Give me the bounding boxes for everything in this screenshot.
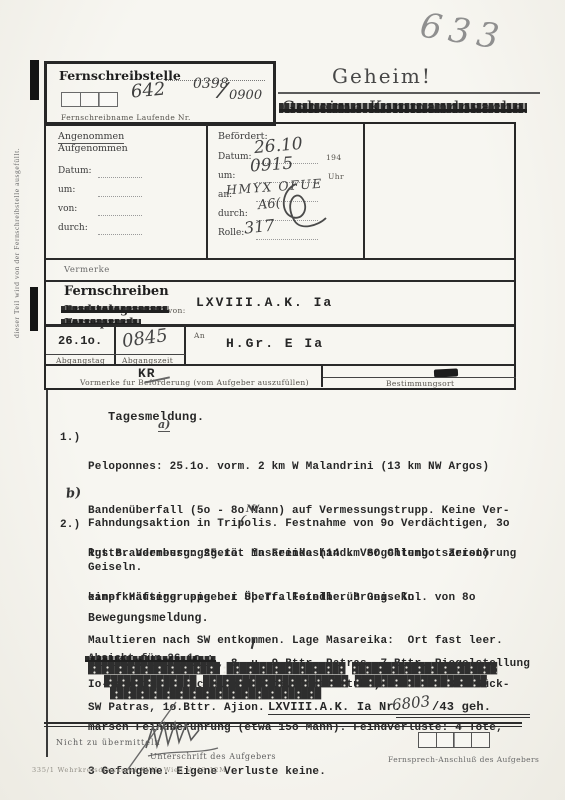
reference-underline-2 xyxy=(396,717,530,718)
checkbox-row xyxy=(61,92,117,112)
befoerdert-durch-label: durch: xyxy=(218,209,248,219)
divider-day-time xyxy=(114,327,116,364)
an-label: An xyxy=(194,331,205,340)
checkbox-2 xyxy=(80,92,100,107)
print-imprint: 335/1 Wehrkreisdruckerei XVII, Wien V. 4… xyxy=(32,766,227,774)
dispatch-recipient: H.Gr. E Ia xyxy=(226,337,324,352)
befoerdert-rolle-label: Rolle: xyxy=(218,228,244,238)
caption-rule xyxy=(46,354,185,355)
checkbox-3 xyxy=(98,92,118,107)
angenommen-von-label: von: xyxy=(58,204,77,214)
von-label: von: xyxy=(168,306,186,315)
dispatch-day: 26.1o. xyxy=(58,334,102,349)
sender-unit: LXVIII.A.K. Ia xyxy=(196,296,333,311)
reference-suffix: /43 geh. xyxy=(432,700,491,715)
year-suffix: 194 xyxy=(326,153,342,162)
hand-dispatch-time: 0845 xyxy=(121,325,169,352)
befoerdert-um-label: um: xyxy=(218,171,235,181)
bestimmungsort-caption: Bestimmungsort xyxy=(386,379,454,388)
hand-n-mark: N/ xyxy=(246,504,259,515)
hand-counter-bottom: 0900 xyxy=(229,88,262,103)
item2-number: 2.) xyxy=(60,518,80,533)
hand-item-a: a) xyxy=(158,418,170,432)
phone-caption: Fernsprech-Anschluß des Aufgebers xyxy=(388,755,539,764)
binding-mark-top xyxy=(30,60,39,100)
vormerk-caption: Vormerke fur Beförderung (vom Aufgeber a… xyxy=(80,378,309,387)
fernschreibstelle-caption: Fernschreibname Laufende Nr. xyxy=(61,113,191,122)
hand-telex-number: 642 xyxy=(130,79,166,103)
document-page: dieser Teil wird von der Fernschreibstel… xyxy=(0,0,565,800)
leader xyxy=(98,168,142,178)
hand-rolle: 317 xyxy=(243,215,275,237)
movement-heading: Bewegungsmeldung. xyxy=(88,612,209,627)
message-type-cell: Fernschreiben Drahtelegramm von: LXVIII.… xyxy=(46,282,514,324)
message-type-kept: Fernschreiben xyxy=(64,284,169,299)
author-signature-icon xyxy=(118,698,248,776)
classification-rule xyxy=(278,92,540,94)
hand-page-number: 633 xyxy=(417,6,508,59)
text-line: Rgt.Brandenburg: 25.1o. Masareika (14 km… xyxy=(88,547,510,562)
befoerdert-datum-label: Datum: xyxy=(218,152,252,162)
signature-scribble-icon xyxy=(274,176,329,236)
margin-note: dieser Teil wird von der Fernschreibstel… xyxy=(12,58,21,338)
phone-box-3 xyxy=(453,732,472,748)
phone-box-2 xyxy=(436,732,455,748)
empty-cell xyxy=(365,124,515,258)
item1-number: 1.) xyxy=(60,431,80,446)
vormerk-row: KR Vormerke fur Beförderung (vom Aufgebe… xyxy=(46,366,514,387)
footer-rule-top xyxy=(44,722,522,724)
vermerke-label: Vermerke xyxy=(64,265,110,275)
fernschreibstelle-box: Fernschreibstelle 642 0398 / 0900 Fernsc… xyxy=(44,61,276,126)
angenommen-datum-label: Datum: xyxy=(58,166,92,176)
angenommen-title2: Aufgenommen xyxy=(58,143,128,154)
struck-classification-wrap: Geheime Kommandosache xyxy=(282,98,524,118)
angenommen-durch-label: durch: xyxy=(58,223,88,233)
divider-time-an xyxy=(184,327,186,364)
routing-table: Angenommen Aufgenommen Datum: um: von: d… xyxy=(44,122,516,390)
leader xyxy=(98,225,142,235)
daily-report-heading: Tagesmeldung. xyxy=(108,410,204,425)
angenommen-um-label: um: xyxy=(58,185,75,195)
uhr-suffix: Uhr xyxy=(328,172,344,181)
phone-box-1 xyxy=(418,732,437,748)
footer-rule-bottom xyxy=(44,726,522,727)
redacted-line: ██████████████ ██████████████████████ ██… xyxy=(104,677,487,688)
struck-classification: Geheime Kommandosache xyxy=(282,98,524,117)
leader xyxy=(98,206,142,216)
signature-caption: Unterschrift des Aufgebers xyxy=(150,752,276,761)
reference-underline-1 xyxy=(268,714,530,715)
hand-item-b: b) xyxy=(65,485,82,502)
phone-box-4 xyxy=(471,732,490,748)
angenommen-cell: Angenommen Aufgenommen Datum: um: von: d… xyxy=(46,124,206,258)
befoerdert-cell: Befördert: Datum: 194 um: Uhr an: durch:… xyxy=(208,124,363,258)
binding-mark-middle xyxy=(30,287,38,331)
phone-box-row xyxy=(418,732,488,753)
reference-prefix: LXVIII.A.K. Ia Nr. xyxy=(268,700,401,715)
bestimmungsort-rule xyxy=(323,377,516,378)
text-line: kampfkräftiger eigener Sp.Tr. Feindberüh… xyxy=(88,591,510,606)
classification-stamp: Geheim! xyxy=(332,64,432,88)
hand-um: 0915 xyxy=(249,154,294,177)
leader xyxy=(98,187,142,197)
rowA-bottom xyxy=(46,258,514,260)
text-line: Peloponnes: 25.1o. vorm. 2 km W Malandri… xyxy=(88,460,516,475)
redacted-line: ████████████████████ ██████████████████ … xyxy=(88,664,497,675)
dispatch-row: 26.1o. 0845 An H.Gr. E Ia Abgangstag Abg… xyxy=(46,327,514,364)
checkbox-1 xyxy=(61,92,81,107)
body-left-rule xyxy=(46,390,48,757)
